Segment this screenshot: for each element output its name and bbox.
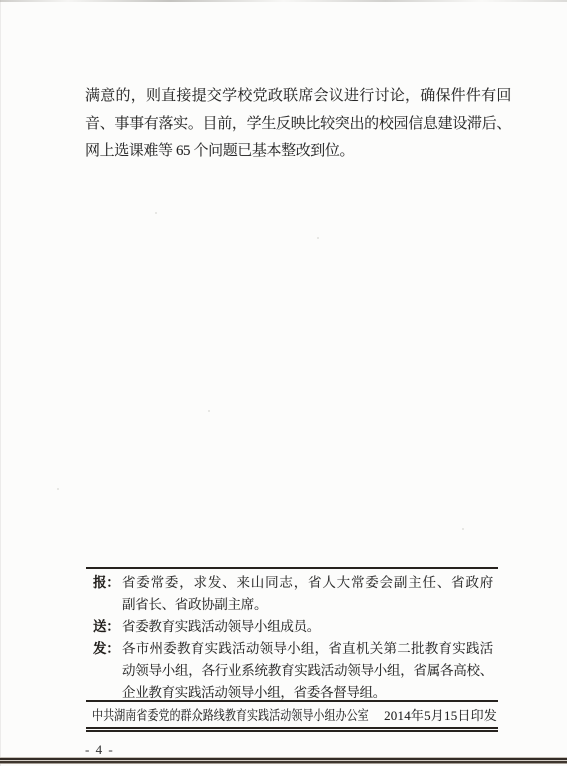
colophon-bottom-double-rule [86, 727, 498, 732]
distribution-list: 报： 省委常委，求发、来山同志，省人大常委会副主任、省政府 副省长、省政协副主席… [86, 569, 498, 704]
paragraph-line: 音、事事有落实。目前，学生反映比较突出的校园信息建设滞后、 [85, 111, 511, 139]
distribution-content-send: 省委教育实践活动领导小组成员。 [122, 616, 493, 638]
page-number: - 4 - [85, 742, 114, 758]
scan-speckle [57, 488, 59, 490]
distribution-content-issue: 各市州委教育实践活动领导小组，省直机关第二批教育实践活 动领导小组，各行业系统教… [122, 638, 493, 704]
scan-speckle [208, 410, 210, 412]
scan-artifact-left-edge [0, 0, 1, 766]
distribution-row-send: 送： 省委教育实践活动领导小组成员。 [86, 616, 498, 638]
distribution-line: 省委常委，求发、来山同志，省人大常委会副主任、省政府 [122, 572, 493, 594]
body-paragraph: 满意的，则直接提交学校党政联席会议进行讨论，确保件件有回 音、事事有落实。目前，… [85, 83, 511, 166]
distribution-line: 动领导小组，各行业系统教育实践活动领导小组，省属各高校、 [122, 660, 493, 682]
distribution-line: 省委教育实践活动领导小组成员。 [122, 616, 493, 638]
distribution-line: 各市州委教育实践活动领导小组，省直机关第二批教育实践活 [122, 638, 493, 660]
distribution-row-report: 报： 省委常委，求发、来山同志，省人大常委会副主任、省政府 副省长、省政协副主席… [86, 572, 498, 616]
colophon-issuer: 中共湖南省委党的群众路线教育实践活动领导小组办公室 [92, 704, 369, 724]
colophon-issuer-box: 中共湖南省委党的群众路线教育实践活动领导小组办公室 [92, 704, 360, 725]
scan-artifact-bottom-band [0, 757, 567, 764]
document-page: 满意的，则直接提交学校党政联席会议进行讨论，确保件件有回 音、事事有落实。目前，… [0, 0, 567, 766]
distribution-label-issue: 发： [93, 638, 122, 704]
scan-artifact-top-edge [0, 0, 567, 2]
paragraph-line: 网上选课难等 65 个问题已基本整改到位。 [85, 138, 511, 166]
colophon-row: 中共湖南省委党的群众路线教育实践活动领导小组办公室 2014年5月15日印发 [86, 702, 498, 727]
scan-speckle [155, 212, 157, 214]
scan-speckle [317, 237, 319, 239]
scan-speckle [462, 528, 464, 530]
distribution-line: 副省长、省政协副主席。 [122, 594, 493, 616]
distribution-label-report: 报： [93, 572, 122, 616]
distribution-content-report: 省委常委，求发、来山同志，省人大常委会副主任、省政府 副省长、省政协副主席。 [122, 572, 493, 616]
distribution-row-issue: 发： 各市州委教育实践活动领导小组，省直机关第二批教育实践活 动领导小组，各行业… [86, 638, 498, 704]
distribution-label-send: 送： [93, 616, 122, 638]
colophon-print-date: 2014年5月15日印发 [384, 705, 497, 724]
paragraph-line: 满意的，则直接提交学校党政联席会议进行讨论，确保件件有回 [85, 83, 511, 111]
